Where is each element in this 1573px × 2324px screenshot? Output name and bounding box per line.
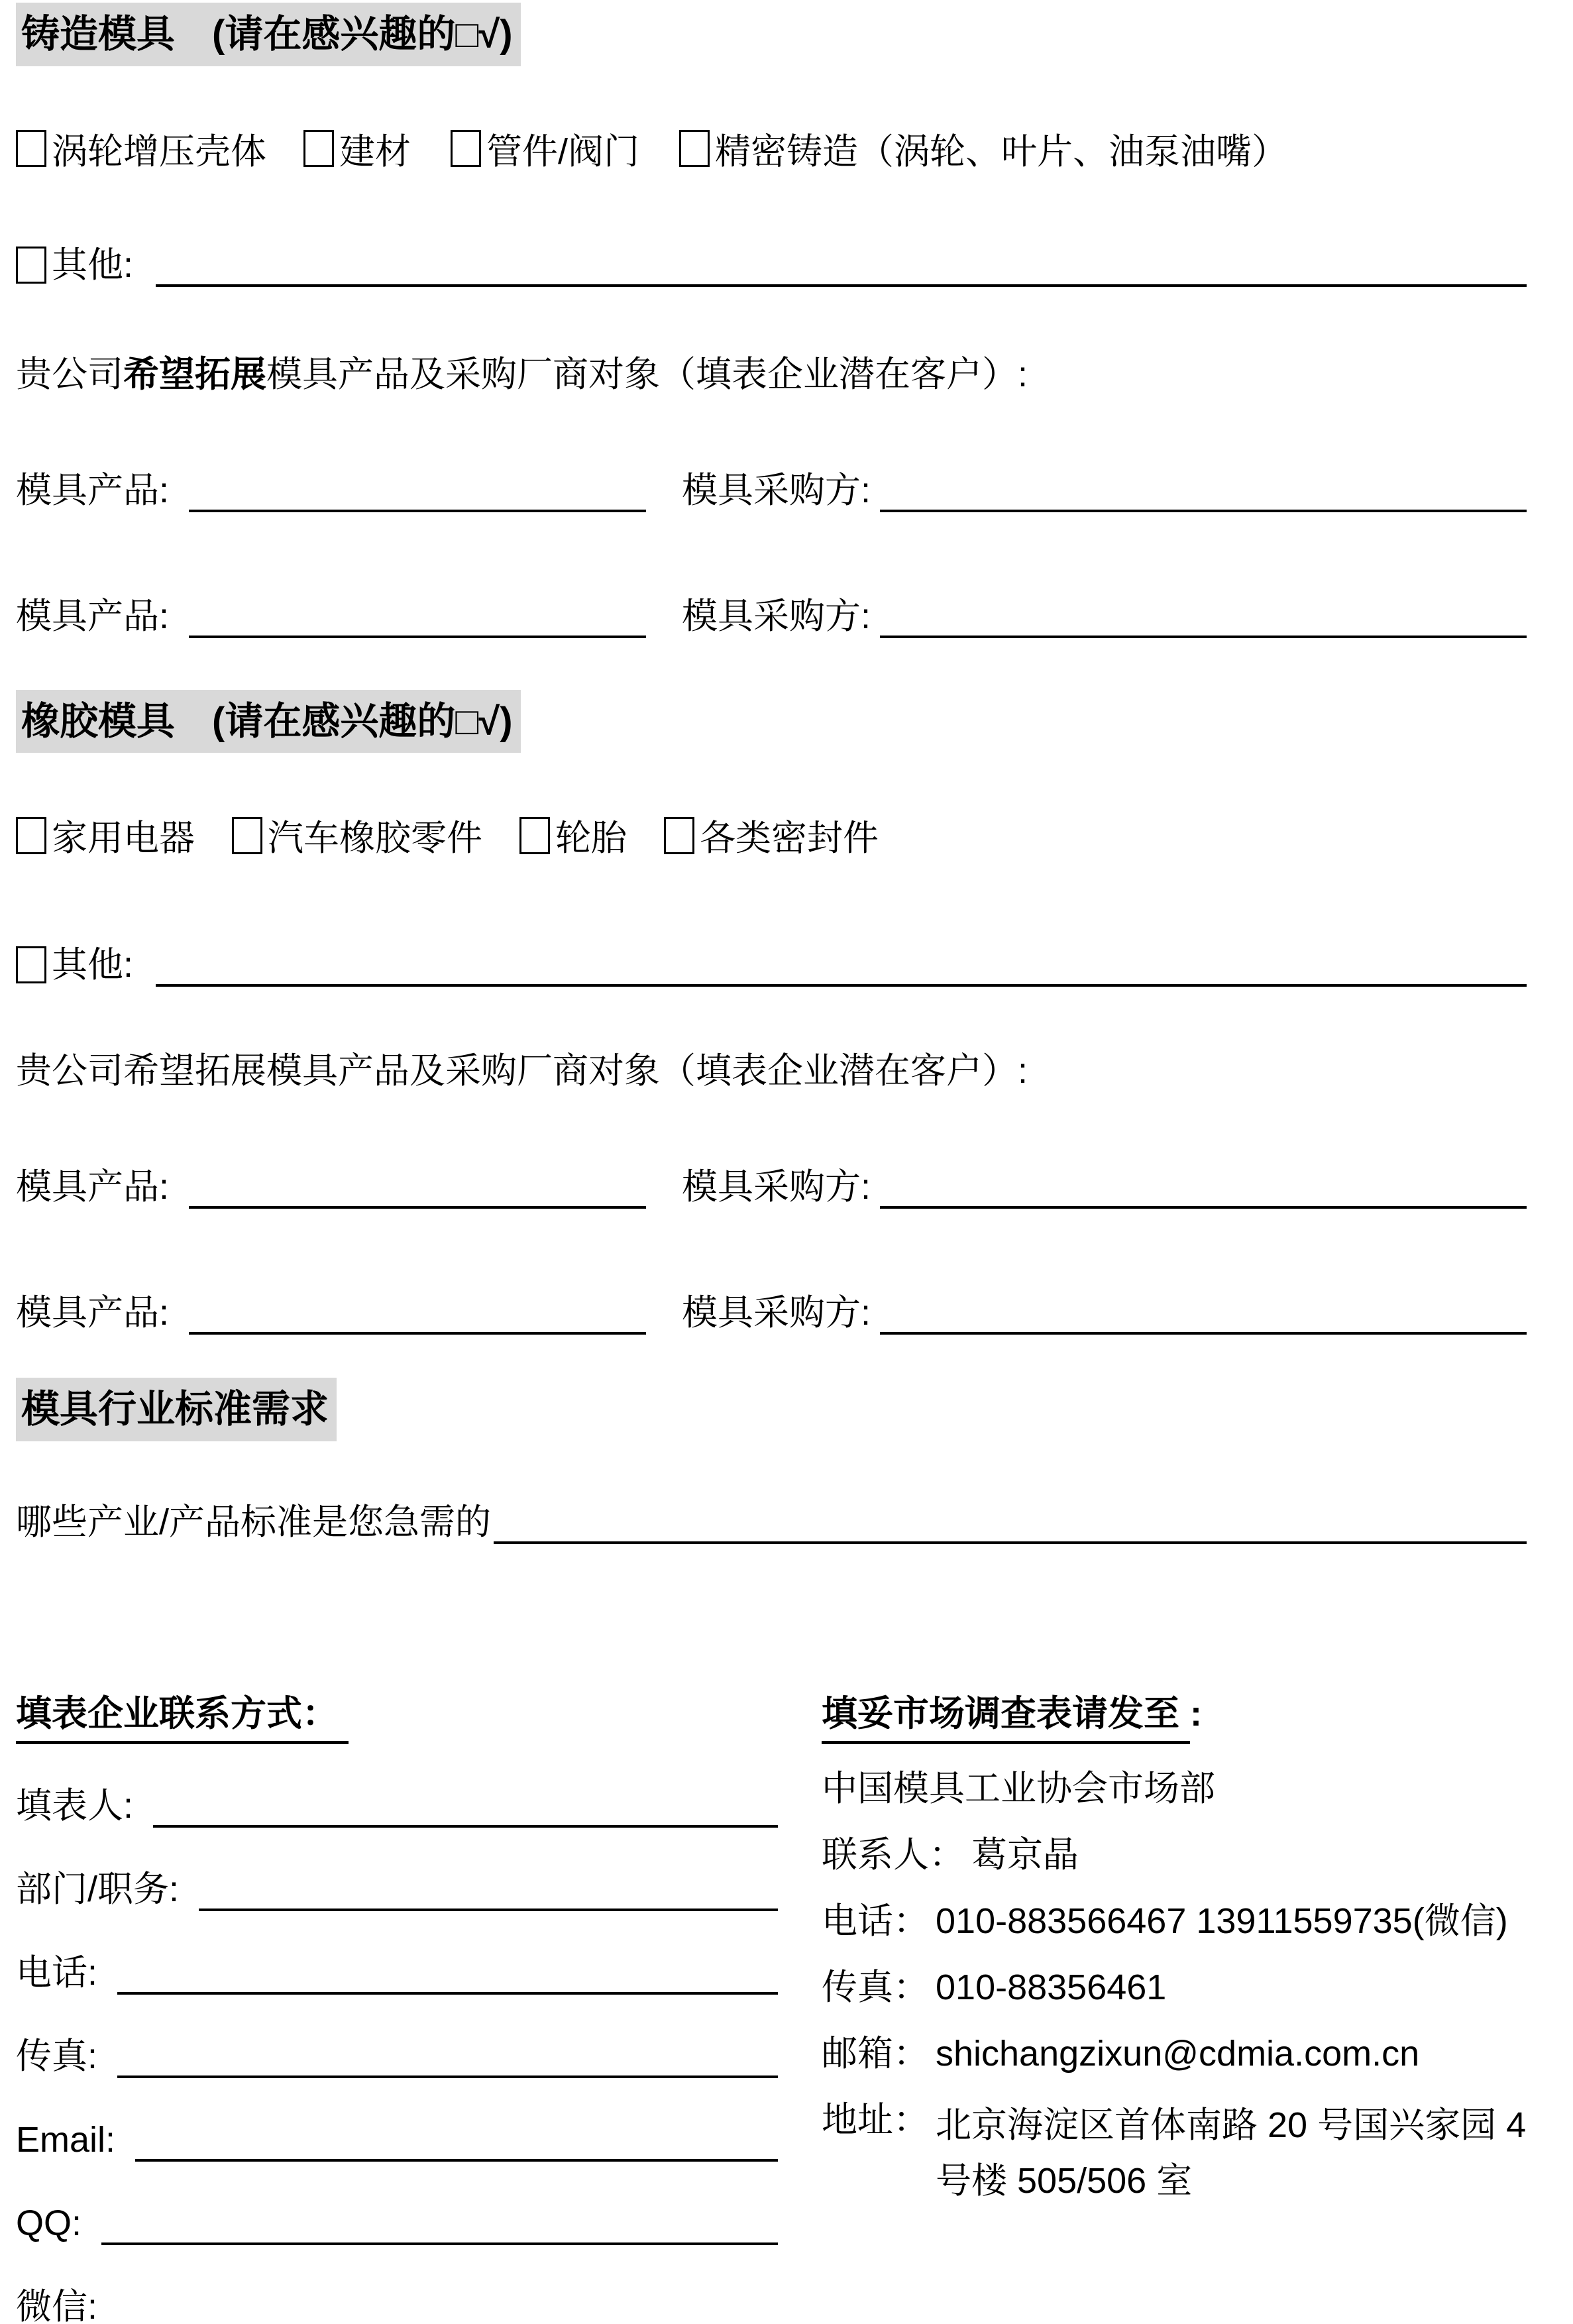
field-line-qq[interactable] <box>101 2196 778 2245</box>
contact-field-row: 填表人: <box>16 1781 778 1828</box>
rubber-buyer-line-2[interactable] <box>880 1288 1527 1335</box>
send-to-org: 中国模具工业协会市场部 <box>822 1767 1527 1810</box>
survey-form-page: 铸造模具(请在感兴趣的□√) 涡轮增压壳体 建材 管件/阀门 精密铸造（涡轮、叶… <box>0 0 1573 2324</box>
casting-title: 铸造模具 <box>21 13 175 56</box>
rubber-option-label: 汽车橡胶零件 <box>268 810 482 861</box>
rubber-option-3[interactable]: 轮胎 <box>519 810 627 861</box>
casting-product-row-1: 模具产品: 模具采购方: <box>16 466 1527 512</box>
checkbox-icon[interactable] <box>451 130 481 167</box>
contact-left-column: 填表企业联系方式： 填表人: 部门/职务: 电话: 传真: Email: <box>16 1693 778 2324</box>
checkbox-icon[interactable] <box>232 817 262 854</box>
casting-product-line-2[interactable] <box>189 592 646 638</box>
casting-expand-pre: 贵公司 <box>16 355 123 394</box>
checkbox-icon[interactable] <box>16 247 46 284</box>
field-label-qq: QQ: <box>16 2201 81 2245</box>
field-label-fax: 传真: <box>16 2034 97 2078</box>
casting-option-other[interactable]: 其他: <box>16 243 133 287</box>
contact-field-row: 传真: <box>16 2032 778 2078</box>
field-line-wechat[interactable] <box>117 2280 778 2324</box>
checkbox-icon[interactable] <box>679 130 710 167</box>
contact-left-title: 填表企业联系方式： <box>16 1693 349 1744</box>
rubber-option-1[interactable]: 家用电器 <box>16 810 195 861</box>
send-to-email: 邮箱： shichangzixun@cdmia.com.cn <box>822 2032 1527 2075</box>
casting-option-1[interactable]: 涡轮增压壳体 <box>16 123 266 174</box>
field-line-phone[interactable] <box>117 1946 778 1995</box>
contact-section: 填表企业联系方式： 填表人: 部门/职务: 电话: 传真: Email: <box>16 1693 1527 2324</box>
casting-option-label: 精密铸造（涡轮、叶片、油泵油嘴） <box>715 123 1287 174</box>
rubber-expand-paragraph: 贵公司希望拓展模具产品及采购厂商对象（填表企业潜在客户）: <box>16 1050 1527 1093</box>
send-email-value: shichangzixun@cdmia.com.cn <box>936 2032 1419 2075</box>
buyer-label: 模具采购方: <box>682 1165 871 1209</box>
buyer-label: 模具采购方: <box>682 594 871 638</box>
standards-title: 模具行业标准需求 <box>21 1388 329 1431</box>
field-label-phone: 电话: <box>16 1951 97 1995</box>
rubber-option-4[interactable]: 各类密封件 <box>664 810 879 861</box>
checkbox-icon[interactable] <box>16 946 46 983</box>
field-label-name: 填表人: <box>16 1784 133 1828</box>
checkbox-icon[interactable] <box>303 130 334 167</box>
casting-option-4[interactable]: 精密铸造（涡轮、叶片、油泵油嘴） <box>679 123 1287 174</box>
rubber-other-row: 其他: <box>16 940 1527 987</box>
buyer-label: 模具采购方: <box>682 469 871 512</box>
rubber-product-line-1[interactable] <box>189 1162 646 1209</box>
send-address-label: 地址： <box>822 2098 929 2209</box>
send-to-fax: 传真： 010-88356461 <box>822 1965 1527 2009</box>
send-phone-value: 010-883566467 13911559735(微信) <box>936 1899 1508 1943</box>
contact-field-row: Email: <box>16 2115 778 2162</box>
buyer-label: 模具采购方: <box>682 1291 871 1335</box>
standards-question-label: 哪些产业/产品标准是您急需的 <box>16 1500 491 1544</box>
rubber-option-label: 各类密封件 <box>700 810 879 861</box>
field-line-fax[interactable] <box>117 2029 778 2078</box>
casting-other-label: 其他: <box>52 243 133 287</box>
checkbox-icon[interactable] <box>16 130 46 167</box>
rubber-option-other[interactable]: 其他: <box>16 943 133 987</box>
casting-hint: (请在感兴趣的□√) <box>212 13 513 56</box>
rubber-options-row: 家用电器 汽车橡胶零件 轮胎 各类密封件 <box>16 810 1527 861</box>
casting-option-label: 建材 <box>339 123 411 174</box>
send-to-address: 地址： 北京海淀区首体南路 20 号国兴家园 4 号楼 505/506 室 <box>822 2098 1527 2209</box>
org-name: 中国模具工业协会市场部 <box>822 1767 1215 1810</box>
rubber-option-2[interactable]: 汽车橡胶零件 <box>232 810 482 861</box>
casting-expand-paragraph: 贵公司希望拓展模具产品及采购厂商对象（填表企业潜在客户）: <box>16 353 1527 396</box>
rubber-option-label: 轮胎 <box>555 810 627 861</box>
section-header-standards: 模具行业标准需求 <box>16 1378 337 1441</box>
send-fax-value: 010-88356461 <box>936 1965 1166 2009</box>
casting-option-2[interactable]: 建材 <box>303 123 411 174</box>
contact-field-row: 部门/职务: <box>16 1865 778 1911</box>
product-label: 模具产品: <box>16 1291 169 1335</box>
send-address-value: 北京海淀区首体南路 20 号国兴家园 4 号楼 505/506 室 <box>936 2098 1527 2209</box>
rubber-other-input-line[interactable] <box>156 940 1527 987</box>
send-to-title-colon: : <box>1190 1694 1202 1734</box>
checkbox-icon[interactable] <box>16 817 46 854</box>
casting-options-row: 涡轮增压壳体 建材 管件/阀门 精密铸造（涡轮、叶片、油泵油嘴） <box>16 123 1527 174</box>
rubber-option-label: 家用电器 <box>52 810 195 861</box>
product-label: 模具产品: <box>16 1165 169 1209</box>
product-label: 模具产品: <box>16 594 169 638</box>
rubber-title: 橡胶模具 <box>21 700 175 743</box>
send-phone-label: 电话： <box>822 1899 929 1943</box>
rubber-other-label: 其他: <box>52 943 133 987</box>
casting-option-label: 管件/阀门 <box>486 123 639 174</box>
casting-product-row-2: 模具产品: 模具采购方: <box>16 592 1527 638</box>
casting-buyer-line-1[interactable] <box>880 466 1527 512</box>
rubber-product-row-2: 模具产品: 模具采购方: <box>16 1288 1527 1335</box>
rubber-hint: (请在感兴趣的□√) <box>212 700 513 743</box>
field-label-department: 部门/职务: <box>16 1867 179 1911</box>
casting-expand-bold: 希望拓展 <box>123 355 266 394</box>
field-line-name[interactable] <box>153 1779 778 1828</box>
casting-other-row: 其他: <box>16 241 1527 287</box>
standards-answer-line[interactable] <box>494 1498 1527 1544</box>
rubber-product-line-2[interactable] <box>189 1288 646 1335</box>
section-header-rubber: 橡胶模具(请在感兴趣的□√) <box>16 690 521 753</box>
field-line-email[interactable] <box>135 2113 778 2162</box>
field-line-department[interactable] <box>199 1862 778 1911</box>
section-header-casting: 铸造模具(请在感兴趣的□√) <box>16 3 521 66</box>
casting-product-line-1[interactable] <box>189 466 646 512</box>
casting-option-label: 涡轮增压壳体 <box>52 123 266 174</box>
contact-person-label: 联系人： <box>822 1833 965 1877</box>
casting-buyer-line-2[interactable] <box>880 592 1527 638</box>
send-to-column: 填妥市场调查表请发至: 中国模具工业协会市场部 联系人： 葛京晶 电话： 010… <box>822 1693 1527 2209</box>
product-label: 模具产品: <box>16 469 169 512</box>
checkbox-icon[interactable] <box>519 817 550 854</box>
send-to-contact-person: 联系人： 葛京晶 <box>822 1833 1527 1877</box>
standards-question-row: 哪些产业/产品标准是您急需的 <box>16 1498 1527 1544</box>
rubber-product-row-1: 模具产品: 模具采购方: <box>16 1162 1527 1209</box>
send-fax-label: 传真： <box>822 1965 929 2009</box>
contact-field-row: 电话: <box>16 1948 778 1995</box>
contact-person-value: 葛京晶 <box>971 1833 1079 1877</box>
casting-other-input-line[interactable] <box>156 241 1527 287</box>
send-to-title: 填妥市场调查表请发至 <box>822 1693 1190 1744</box>
send-email-label: 邮箱： <box>822 2032 929 2075</box>
contact-field-row: 微信: <box>16 2282 778 2324</box>
contact-field-row: QQ: <box>16 2199 778 2245</box>
rubber-buyer-line-1[interactable] <box>880 1162 1527 1209</box>
field-label-wechat: 微信: <box>16 2285 97 2324</box>
field-label-email: Email: <box>16 2118 115 2162</box>
send-to-phone: 电话： 010-883566467 13911559735(微信) <box>822 1899 1527 1943</box>
casting-expand-post: 模具产品及采购厂商对象（填表企业潜在客户）: <box>266 355 1028 394</box>
checkbox-icon[interactable] <box>664 817 694 854</box>
casting-option-3[interactable]: 管件/阀门 <box>451 123 639 174</box>
